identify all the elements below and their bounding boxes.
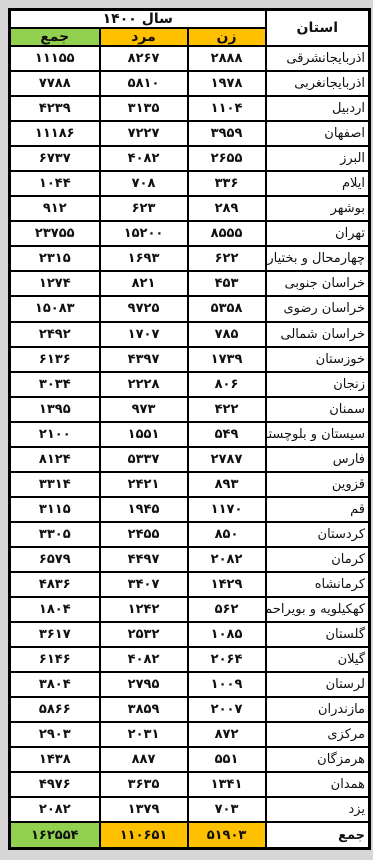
men-value-cell: ۷۰۸ — [100, 171, 188, 196]
year-header-cell: سال ۱۴۰۰ — [10, 10, 266, 29]
women-value-cell: ۲۸۸۸ — [188, 46, 266, 71]
men-value-cell: ۴۰۸۲ — [100, 146, 188, 171]
province-row: زنجان۸۰۶۲۲۲۸۳۰۳۴ — [10, 372, 370, 397]
province-name-cell: خراسان رضوی — [266, 296, 370, 321]
province-row: اذربايجانغربی۱۹۷۸۵۸۱۰۷۷۸۸ — [10, 71, 370, 96]
total-value-cell: ۱۱۱۸۶ — [10, 121, 100, 146]
total-value-cell: ۶۵۷۹ — [10, 547, 100, 572]
province-name-cell: سيستان و بلوچستان — [266, 422, 370, 447]
men-value-cell: ۹۷۲۵ — [100, 296, 188, 321]
province-name-cell: کرمانشاه — [266, 572, 370, 597]
women-value-cell: ۲۸۹ — [188, 196, 266, 221]
women-value-cell: ۴۲۲ — [188, 397, 266, 422]
statistics-table-container: استان سال ۱۴۰۰ زن مرد جمع اذربايجانشرقی۲… — [8, 8, 368, 850]
women-value-cell: ۸۵۵۵ — [188, 221, 266, 246]
women-value-cell: ۱۱۰۴ — [188, 96, 266, 121]
province-row: فارس۲۷۸۷۵۳۳۷۸۱۲۴ — [10, 447, 370, 472]
province-name-cell: چهارمحال و بختياری — [266, 246, 370, 271]
province-row: کرمانشاه۱۴۲۹۳۴۰۷۴۸۳۶ — [10, 572, 370, 597]
men-value-cell: ۴۳۹۷ — [100, 347, 188, 372]
total-value-cell: ۱۳۹۵ — [10, 397, 100, 422]
men-column-header: مرد — [100, 28, 188, 46]
women-value-cell: ۱۱۷۰ — [188, 497, 266, 522]
province-row: خراسان جنوبی۴۵۳۸۲۱۱۲۷۴ — [10, 271, 370, 296]
women-value-cell: ۳۳۶ — [188, 171, 266, 196]
province-name-cell: مازندران — [266, 697, 370, 722]
province-name-cell: کردستان — [266, 522, 370, 547]
total-value-cell: ۱۴۳۸ — [10, 747, 100, 772]
province-name-cell: فارس — [266, 447, 370, 472]
women-value-cell: ۱۰۰۹ — [188, 672, 266, 697]
men-value-cell: ۳۸۵۹ — [100, 697, 188, 722]
total-value-cell: ۳۶۱۷ — [10, 622, 100, 647]
province-row: کهکيلويه و بويراحمد۵۶۲۱۲۴۲۱۸۰۴ — [10, 597, 370, 622]
province-name-cell: لرستان — [266, 672, 370, 697]
province-row: کرمان۲۰۸۲۴۴۹۷۶۵۷۹ — [10, 547, 370, 572]
province-name-cell: ايلام — [266, 171, 370, 196]
women-value-cell: ۶۲۲ — [188, 246, 266, 271]
province-name-cell: اصفهان — [266, 121, 370, 146]
total-value-cell: ۸۱۲۴ — [10, 447, 100, 472]
province-row: اصفهان۳۹۵۹۷۲۲۷۱۱۱۸۶ — [10, 121, 370, 146]
total-value-cell: ۶۷۳۷ — [10, 146, 100, 171]
total-column-header: جمع — [10, 28, 100, 46]
men-value-cell: ۱۳۷۹ — [100, 797, 188, 822]
men-value-cell: ۹۷۳ — [100, 397, 188, 422]
total-value-cell: ۲۰۸۲ — [10, 797, 100, 822]
province-row: خراسان رضوی۵۳۵۸۹۷۲۵۱۵۰۸۳ — [10, 296, 370, 321]
women-column-header: زن — [188, 28, 266, 46]
province-name-cell: گيلان — [266, 647, 370, 672]
total-value-cell: ۱۸۰۴ — [10, 597, 100, 622]
province-row: گلستان۱۰۸۵۲۵۳۲۳۶۱۷ — [10, 622, 370, 647]
province-name-cell: اذربايجانغربی — [266, 71, 370, 96]
men-value-cell: ۱۵۲۰۰ — [100, 221, 188, 246]
total-value-cell: ۴۸۳۶ — [10, 572, 100, 597]
province-name-cell: خراسان شمالی — [266, 322, 370, 347]
total-value-cell: ۴۲۳۹ — [10, 96, 100, 121]
total-value-cell: ۶۱۳۶ — [10, 347, 100, 372]
total-value-cell: ۱۱۱۵۵ — [10, 46, 100, 71]
total-value-cell: ۲۴۹۲ — [10, 322, 100, 347]
province-column-header: استان — [266, 10, 370, 47]
women-value-cell: ۷۰۳ — [188, 797, 266, 822]
province-row: البرز۲۶۵۵۴۰۸۲۶۷۳۷ — [10, 146, 370, 171]
total-value-cell: ۳۸۰۴ — [10, 672, 100, 697]
province-row: اذربايجانشرقی۲۸۸۸۸۲۶۷۱۱۱۵۵ — [10, 46, 370, 71]
men-value-cell: ۵۳۳۷ — [100, 447, 188, 472]
province-row: قم۱۱۷۰۱۹۴۵۳۱۱۵ — [10, 497, 370, 522]
province-name-cell: تهران — [266, 221, 370, 246]
men-value-cell: ۱۵۵۱ — [100, 422, 188, 447]
men-value-cell: ۲۵۳۲ — [100, 622, 188, 647]
women-value-cell: ۱۹۷۸ — [188, 71, 266, 96]
year-header-row: استان سال ۱۴۰۰ — [10, 10, 370, 29]
grand-total-total-cell: ۱۶۲۵۵۴ — [10, 822, 100, 848]
men-value-cell: ۸۲۱ — [100, 271, 188, 296]
province-name-cell: اذربايجانشرقی — [266, 46, 370, 71]
province-name-cell: کرمان — [266, 547, 370, 572]
province-row: لرستان۱۰۰۹۲۷۹۵۳۸۰۴ — [10, 672, 370, 697]
men-value-cell: ۳۴۰۷ — [100, 572, 188, 597]
women-value-cell: ۲۰۸۲ — [188, 547, 266, 572]
men-value-cell: ۱۲۴۲ — [100, 597, 188, 622]
table-body: اذربايجانشرقی۲۸۸۸۸۲۶۷۱۱۱۵۵اذربايجانغربی۱… — [10, 46, 370, 849]
total-value-cell: ۲۳۷۵۵ — [10, 221, 100, 246]
province-row: سمنان۴۲۲۹۷۳۱۳۹۵ — [10, 397, 370, 422]
women-value-cell: ۴۵۳ — [188, 271, 266, 296]
total-value-cell: ۷۷۸۸ — [10, 71, 100, 96]
province-row: همدان۱۳۴۱۳۶۳۵۴۹۷۶ — [10, 772, 370, 797]
men-value-cell: ۴۴۹۷ — [100, 547, 188, 572]
men-value-cell: ۲۴۲۱ — [100, 472, 188, 497]
men-value-cell: ۳۶۳۵ — [100, 772, 188, 797]
province-row: سيستان و بلوچستان۵۴۹۱۵۵۱۲۱۰۰ — [10, 422, 370, 447]
province-row: خراسان شمالی۷۸۵۱۷۰۷۲۴۹۲ — [10, 322, 370, 347]
province-name-cell: اردبيل — [266, 96, 370, 121]
men-value-cell: ۱۹۴۵ — [100, 497, 188, 522]
total-value-cell: ۴۹۷۶ — [10, 772, 100, 797]
province-row: يزد۷۰۳۱۳۷۹۲۰۸۲ — [10, 797, 370, 822]
province-name-cell: کهکيلويه و بويراحمد — [266, 597, 370, 622]
province-row: مرکزی۸۷۲۲۰۳۱۲۹۰۳ — [10, 722, 370, 747]
total-value-cell: ۹۱۲ — [10, 196, 100, 221]
province-name-cell: هرمزگان — [266, 747, 370, 772]
men-value-cell: ۲۰۳۱ — [100, 722, 188, 747]
men-value-cell: ۲۴۵۵ — [100, 522, 188, 547]
men-value-cell: ۵۸۱۰ — [100, 71, 188, 96]
men-value-cell: ۶۲۳ — [100, 196, 188, 221]
women-value-cell: ۵۵۱ — [188, 747, 266, 772]
women-value-cell: ۱۳۴۱ — [188, 772, 266, 797]
men-value-cell: ۲۲۲۸ — [100, 372, 188, 397]
women-value-cell: ۵۳۵۸ — [188, 296, 266, 321]
total-value-cell: ۱۵۰۸۳ — [10, 296, 100, 321]
women-value-cell: ۲۶۵۵ — [188, 146, 266, 171]
men-value-cell: ۱۷۰۷ — [100, 322, 188, 347]
total-value-cell: ۳۳۱۴ — [10, 472, 100, 497]
women-value-cell: ۵۴۹ — [188, 422, 266, 447]
province-name-cell: قزوين — [266, 472, 370, 497]
women-value-cell: ۷۸۵ — [188, 322, 266, 347]
women-value-cell: ۸۵۰ — [188, 522, 266, 547]
grand-total-row: جمع ۵۱۹۰۳ ۱۱۰۶۵۱ ۱۶۲۵۵۴ — [10, 822, 370, 848]
province-row: خوزستان۱۷۳۹۴۳۹۷۶۱۳۶ — [10, 347, 370, 372]
total-value-cell: ۳۰۳۴ — [10, 372, 100, 397]
province-name-cell: خوزستان — [266, 347, 370, 372]
province-row: ايلام۳۳۶۷۰۸۱۰۴۴ — [10, 171, 370, 196]
total-value-cell: ۲۳۱۵ — [10, 246, 100, 271]
province-name-cell: خراسان جنوبی — [266, 271, 370, 296]
women-value-cell: ۱۰۸۵ — [188, 622, 266, 647]
province-row: اردبيل۱۱۰۴۳۱۳۵۴۲۳۹ — [10, 96, 370, 121]
province-row: تهران۸۵۵۵۱۵۲۰۰۲۳۷۵۵ — [10, 221, 370, 246]
men-value-cell: ۳۱۳۵ — [100, 96, 188, 121]
total-value-cell: ۶۱۴۶ — [10, 647, 100, 672]
province-name-cell: سمنان — [266, 397, 370, 422]
total-value-cell: ۳۳۰۵ — [10, 522, 100, 547]
men-value-cell: ۴۰۸۲ — [100, 647, 188, 672]
province-row: هرمزگان۵۵۱۸۸۷۱۴۳۸ — [10, 747, 370, 772]
province-row: مازندران۲۰۰۷۳۸۵۹۵۸۶۶ — [10, 697, 370, 722]
total-value-cell: ۲۱۰۰ — [10, 422, 100, 447]
total-value-cell: ۱۰۴۴ — [10, 171, 100, 196]
total-value-cell: ۱۲۷۴ — [10, 271, 100, 296]
province-row: بوشهر۲۸۹۶۲۳۹۱۲ — [10, 196, 370, 221]
women-value-cell: ۲۷۸۷ — [188, 447, 266, 472]
women-value-cell: ۲۰۶۴ — [188, 647, 266, 672]
province-name-cell: البرز — [266, 146, 370, 171]
total-value-cell: ۳۱۱۵ — [10, 497, 100, 522]
men-value-cell: ۷۲۲۷ — [100, 121, 188, 146]
women-value-cell: ۸۰۶ — [188, 372, 266, 397]
province-statistics-table: استان سال ۱۴۰۰ زن مرد جمع اذربايجانشرقی۲… — [8, 8, 371, 850]
province-row: کردستان۸۵۰۲۴۵۵۳۳۰۵ — [10, 522, 370, 547]
province-name-cell: بوشهر — [266, 196, 370, 221]
province-name-cell: زنجان — [266, 372, 370, 397]
province-name-cell: مرکزی — [266, 722, 370, 747]
women-value-cell: ۱۴۲۹ — [188, 572, 266, 597]
total-value-cell: ۲۹۰۳ — [10, 722, 100, 747]
grand-total-label-cell: جمع — [266, 822, 370, 848]
total-value-cell: ۵۸۶۶ — [10, 697, 100, 722]
province-name-cell: يزد — [266, 797, 370, 822]
men-value-cell: ۸۸۷ — [100, 747, 188, 772]
men-value-cell: ۱۶۹۳ — [100, 246, 188, 271]
province-name-cell: قم — [266, 497, 370, 522]
province-row: چهارمحال و بختياری۶۲۲۱۶۹۳۲۳۱۵ — [10, 246, 370, 271]
women-value-cell: ۲۰۰۷ — [188, 697, 266, 722]
province-row: گيلان۲۰۶۴۴۰۸۲۶۱۴۶ — [10, 647, 370, 672]
women-value-cell: ۸۹۳ — [188, 472, 266, 497]
province-name-cell: همدان — [266, 772, 370, 797]
province-name-cell: گلستان — [266, 622, 370, 647]
women-value-cell: ۱۷۳۹ — [188, 347, 266, 372]
province-row: قزوين۸۹۳۲۴۲۱۳۳۱۴ — [10, 472, 370, 497]
men-value-cell: ۲۷۹۵ — [100, 672, 188, 697]
grand-total-women-cell: ۵۱۹۰۳ — [188, 822, 266, 848]
men-value-cell: ۸۲۶۷ — [100, 46, 188, 71]
women-value-cell: ۸۷۲ — [188, 722, 266, 747]
grand-total-men-cell: ۱۱۰۶۵۱ — [100, 822, 188, 848]
women-value-cell: ۳۹۵۹ — [188, 121, 266, 146]
women-value-cell: ۵۶۲ — [188, 597, 266, 622]
